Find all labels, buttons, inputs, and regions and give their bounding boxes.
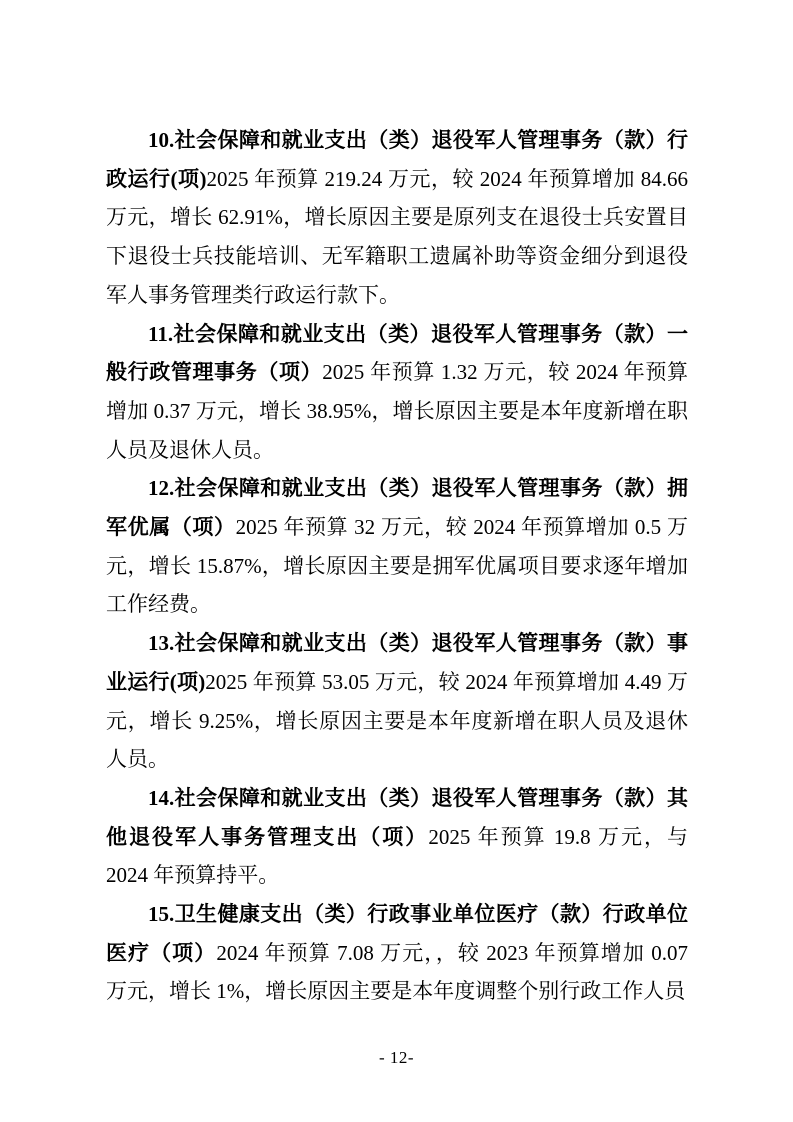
paragraph-item-11: 11.社会保障和就业支出（类）退役军人管理事务（款）一般行政管理事务（项）202… bbox=[106, 315, 688, 470]
paragraph-item-15: 15.卫生健康支出（类）行政事业单位医疗（款）行政单位医疗（项）2024 年预算… bbox=[106, 895, 688, 1011]
page-number: - 12- bbox=[0, 1046, 793, 1070]
document-body: 10.社会保障和就业支出（类）退役军人管理事务（款）行政运行(项)2025 年预… bbox=[106, 121, 688, 1011]
paragraph-item-10: 10.社会保障和就业支出（类）退役军人管理事务（款）行政运行(项)2025 年预… bbox=[106, 121, 688, 315]
paragraph-item-14: 14.社会保障和就业支出（类）退役军人管理事务（款）其他退役军人事务管理支出（项… bbox=[106, 779, 688, 895]
document-page: 10.社会保障和就业支出（类）退役军人管理事务（款）行政运行(项)2025 年预… bbox=[0, 0, 793, 1122]
paragraph-item-13: 13.社会保障和就业支出（类）退役军人管理事务（款）事业运行(项)2025 年预… bbox=[106, 624, 688, 779]
paragraph-item-12: 12.社会保障和就业支出（类）退役军人管理事务（款）拥军优属（项）2025 年预… bbox=[106, 469, 688, 624]
